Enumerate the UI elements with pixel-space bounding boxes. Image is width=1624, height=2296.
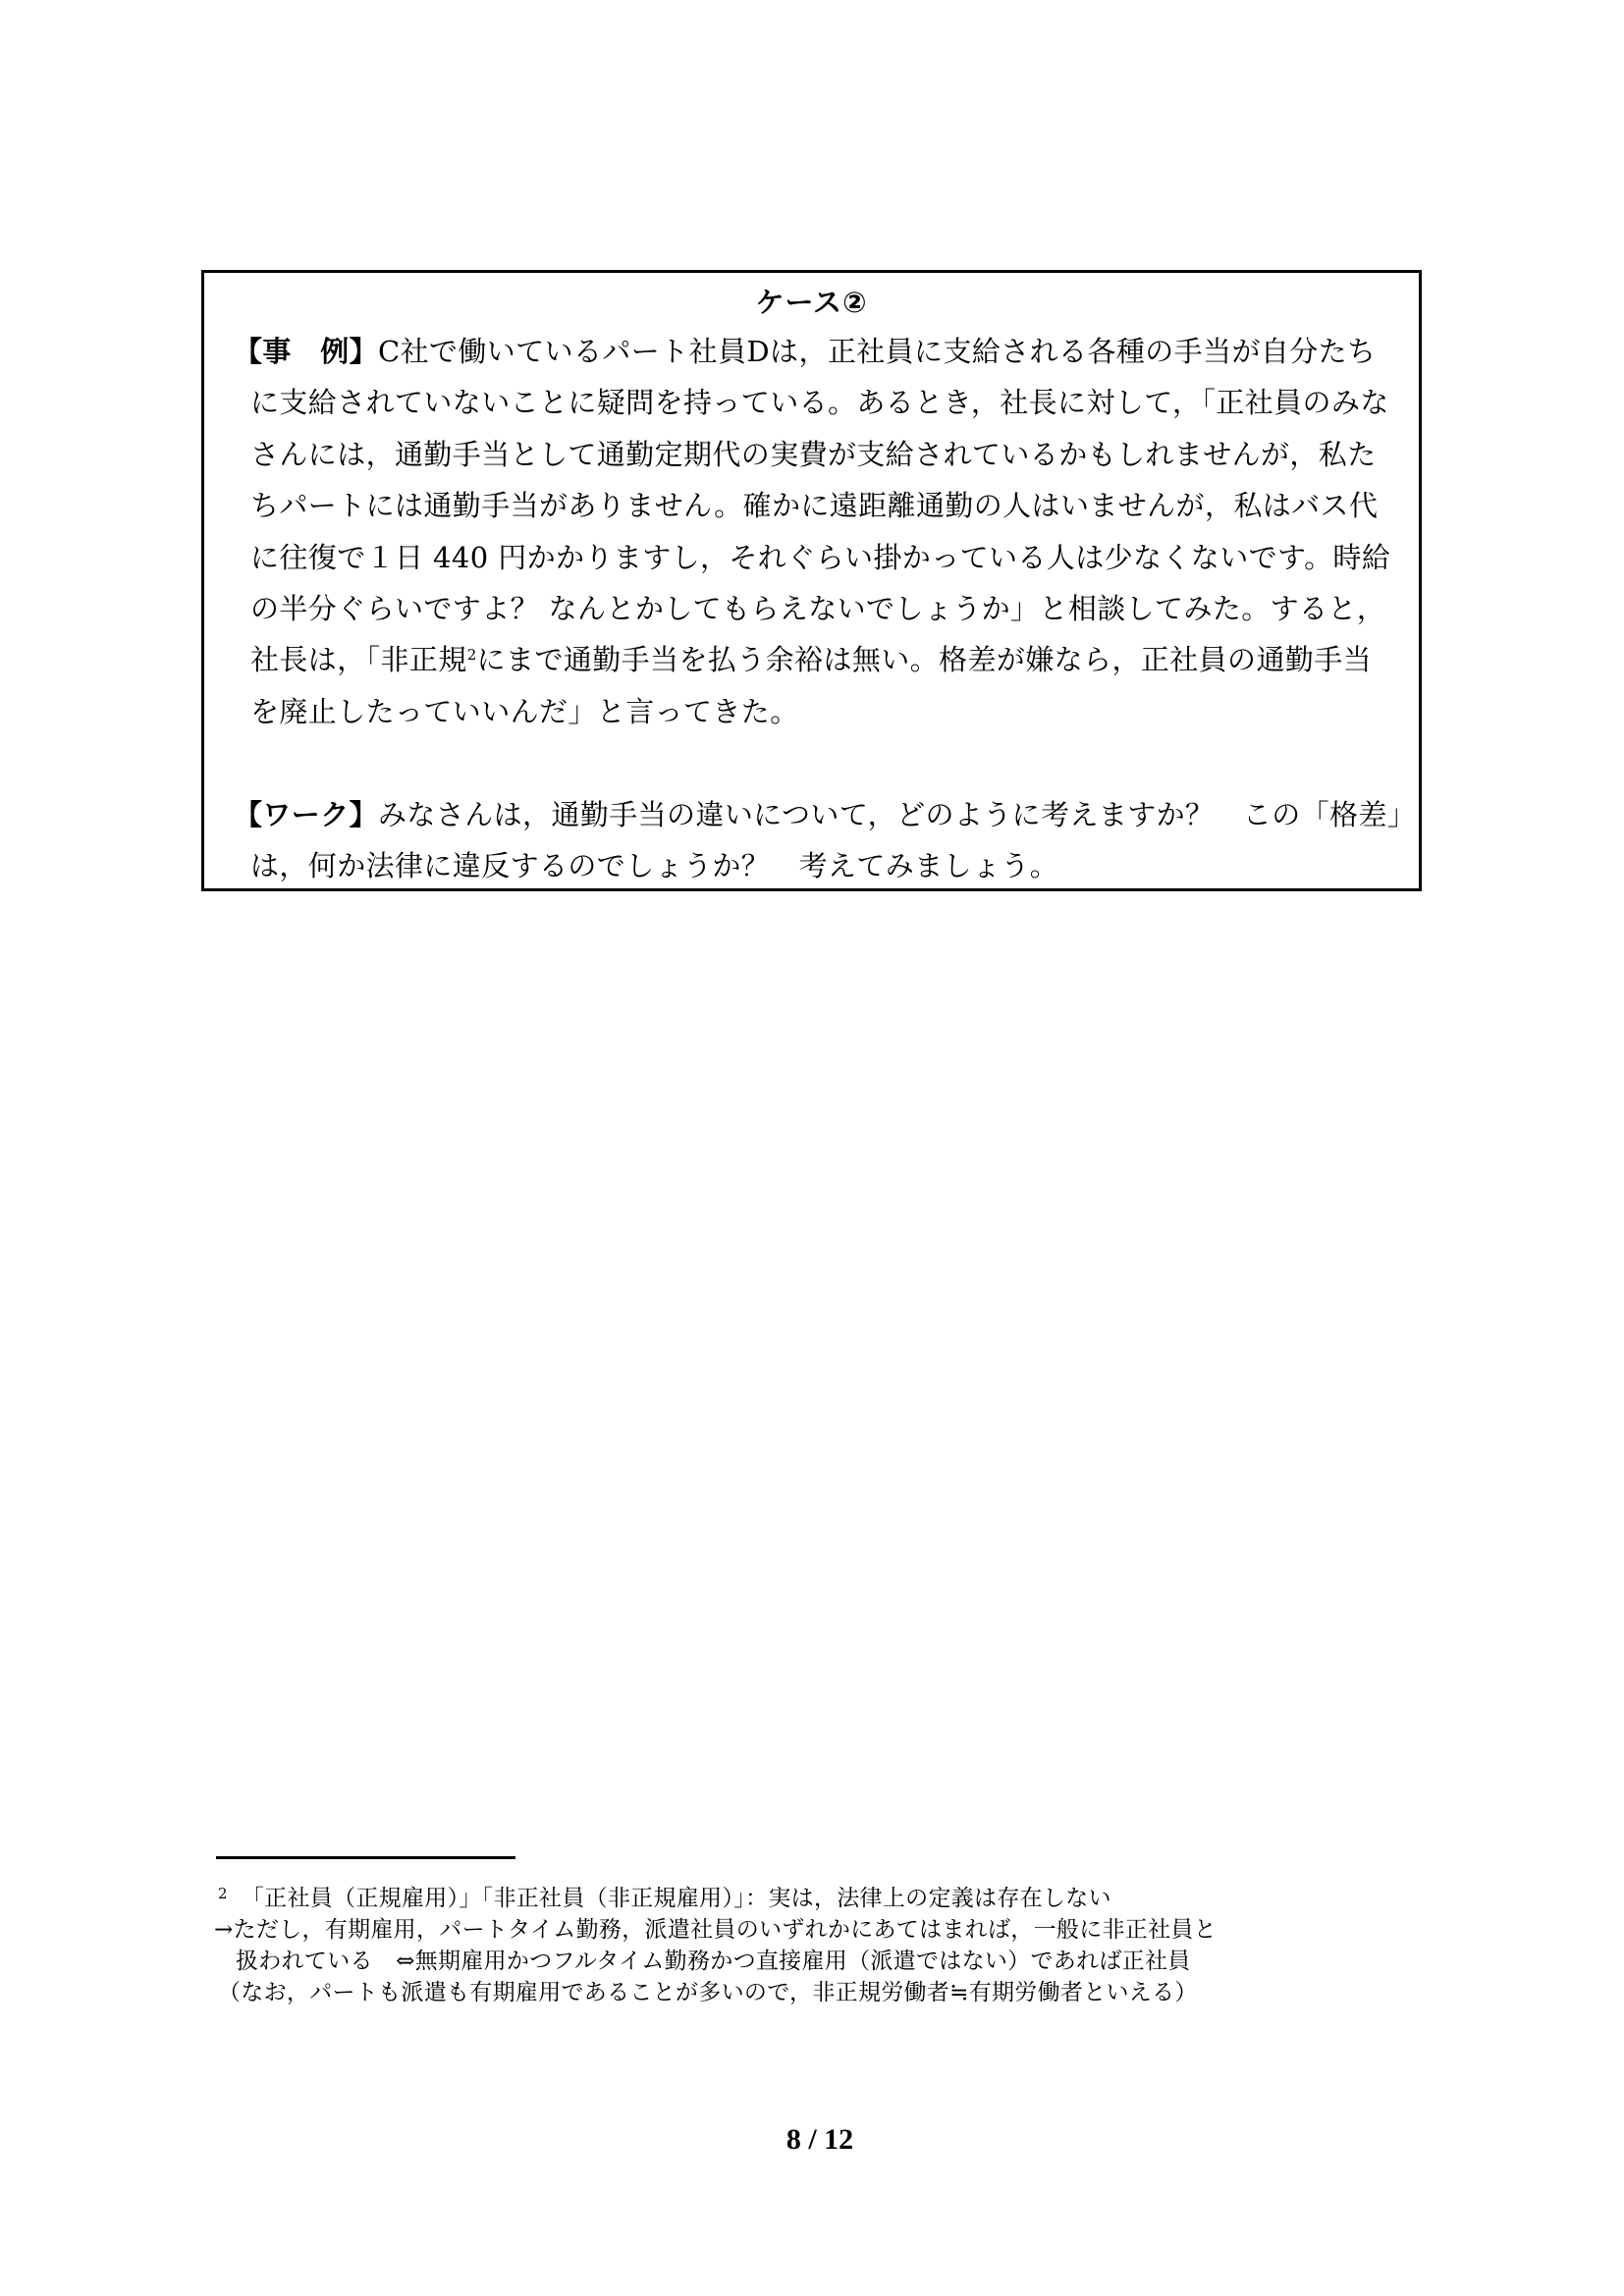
work-text: みなさんは，通勤手当の違いについて，どのように考えますか？ この「格差」 (378, 798, 1416, 831)
footnote-line-1: 2「正社員（正規雇用）」「非正社員（非正規雇用）」：実は，法律上の定義は存在しな… (214, 1883, 1441, 1914)
footnote-line-3: 扱われている ⇔無期雇用かつフルタイム勤務かつ直接雇用（派遣ではない）であれば正… (214, 1946, 1441, 1977)
footnote-reference[interactable]: 2 (467, 646, 477, 664)
example-text: C社で働いているパート社員Dは，正社員に支給される各種の手当が自分たち (378, 335, 1376, 368)
blank-line (234, 737, 1412, 788)
work-line-1: 【ワーク】みなさんは，通勤手当の違いについて，どのように考えますか？ この「格差… (234, 789, 1412, 840)
example-line-8: を廃止したっていいんだ」と言ってきた。 (234, 686, 1412, 737)
example-text: にまで通勤手当を払う余裕は無い。格差が嫌なら，正社員の通勤手当 (477, 643, 1372, 676)
example-line-2: に支給されていないことに疑問を持っている。あるとき，社長に対して，「正社員のみな (234, 377, 1412, 428)
example-line-3: さんには，通勤手当として通勤定期代の実費が支給されているかもしれませんが，私た (234, 429, 1412, 480)
case-title: ケース② (204, 283, 1419, 322)
case-box: ケース② 【事 例】C社で働いているパート社員Dは，正社員に支給される各種の手当… (201, 270, 1422, 891)
work-line-2: は，何か法律に違反するのでしょうか？ 考えてみましょう。 (234, 840, 1412, 891)
case-body: 【事 例】C社で働いているパート社員Dは，正社員に支給される各種の手当が自分たち… (234, 326, 1412, 891)
example-text: 社長は，「非正規 (250, 643, 467, 676)
footnote-line-4: （なお，パートも派遣も有期雇用であることが多いので，非正規労働者≒有期労働者とい… (214, 1977, 1441, 2008)
footnote-number: 2 (218, 1885, 228, 1902)
work-label: 【ワーク】 (234, 798, 378, 831)
example-label: 【事 例】 (234, 335, 378, 368)
example-line-7: 社長は，「非正規2にまで通勤手当を払う余裕は無い。格差が嫌なら，正社員の通勤手当 (234, 634, 1412, 685)
footnote-text: 「正社員（正規雇用）」「非正社員（非正規雇用）」：実は，法律上の定義は存在しない (242, 1886, 1111, 1911)
page-number: 8 / 12 (0, 2122, 1624, 2158)
example-line-1: 【事 例】C社で働いているパート社員Dは，正社員に支給される各種の手当が自分たち (234, 326, 1412, 377)
footnote-line-2: →ただし，有期雇用，パートタイム勤務，派遣社員のいずれかにあてはまれば，一般に非… (214, 1914, 1441, 1946)
example-line-5: に往復で１日 440 円かかりますし，それぐらい掛かっている人は少なくないです。… (234, 532, 1412, 583)
footnote-separator (216, 1856, 515, 1859)
example-line-4: ちパートには通勤手当がありません。確かに遠距離通勤の人はいませんが，私はバス代 (234, 480, 1412, 531)
example-line-6: の半分ぐらいですよ？ なんとかしてもらえないでしょうか」と相談してみた。すると， (234, 583, 1412, 634)
footnote-section: 2「正社員（正規雇用）」「非正社員（非正規雇用）」：実は，法律上の定義は存在しな… (214, 1883, 1441, 2008)
